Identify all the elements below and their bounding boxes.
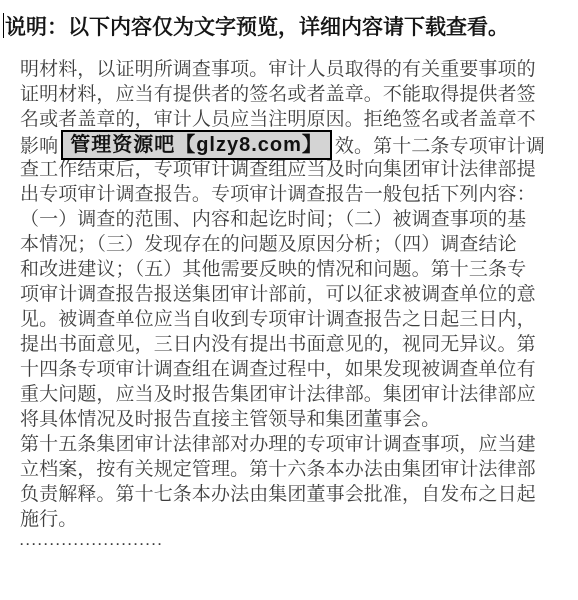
text-line: 名或者盖章的，审计人员应当注明原因。拒绝签名或者盖章不 [20,107,572,132]
text-line: 施行。 [20,507,572,532]
text-line: 立档案，按有关规定管理。第十六条本办法由集团审计法律部 [20,457,572,482]
text-line: 十四条专项审计调查组在调查过程中，如果发现被调查单位有 [20,357,572,382]
watermark-badge: 管理资源吧【glzy8.com】 [61,130,332,160]
text-line: 出专项审计调查报告。专项审计调查报告一般包括下列内容： [20,182,572,207]
text-line: 查工作结束后，专项审计调查组应当及时向集团审计法律部提 [20,157,572,182]
text-line: 项审计调查报告报送集团审计部前，可以征求被调查单位的意 [20,282,572,307]
preview-notice: 说明：以下内容仅为文字预览，详细内容请下载查看。 [3,11,509,41]
text-line: 本情况；（三）发现存在的问题及原因分析；（四）调查结论 [20,232,572,257]
text-before-watermark: 影响 [20,136,58,157]
text-line: 影响管理资源吧【glzy8.com】效。第十二条专项审计调 [20,132,572,157]
text-line: 证明材料，应当有提供者的签名或者盖章。不能取得提供者签 [20,82,572,107]
text-cursor [3,13,4,38]
text-line: 负责解释。第十七条本办法由集团董事会批准，自发布之日起 [20,482,572,507]
ellipsis-line: ························ [20,532,572,557]
notice-text: 说明：以下内容仅为文字预览，详细内容请下载查看。 [5,16,509,39]
text-line: 提出书面意见，三日内没有提出书面意见的，视同无异议。第 [20,332,572,357]
text-line: 将具体情况及时报告直接主管领导和集团董事会。 [20,407,572,432]
text-line: 明材料，以证明所调查事项。审计人员取得的有关重要事项的 [20,57,572,82]
text-line: 和改进建议；（五）其他需要反映的情况和问题。第十三条专 [20,257,572,282]
text-line: 重大问题，应当及时报告集团审计法律部。集团审计法律部应 [20,382,572,407]
text-after-watermark: 效。第十二条专项审计调 [335,136,545,157]
document-body: 明材料，以证明所调查事项。审计人员取得的有关重要事项的证明材料，应当有提供者的签… [20,57,572,557]
text-line: 见。被调查单位应当自收到专项审计调查报告之日起三日内， [20,307,572,332]
preview-page: { "notice": { "text": "说明：以下内容仅为文字预览，详细内… [0,0,578,600]
text-line: 第十五条集团审计法律部对办理的专项审计调查事项，应当建 [20,432,572,457]
text-line: （一）调查的范围、内容和起讫时间；（二）被调查事项的基 [20,207,572,232]
